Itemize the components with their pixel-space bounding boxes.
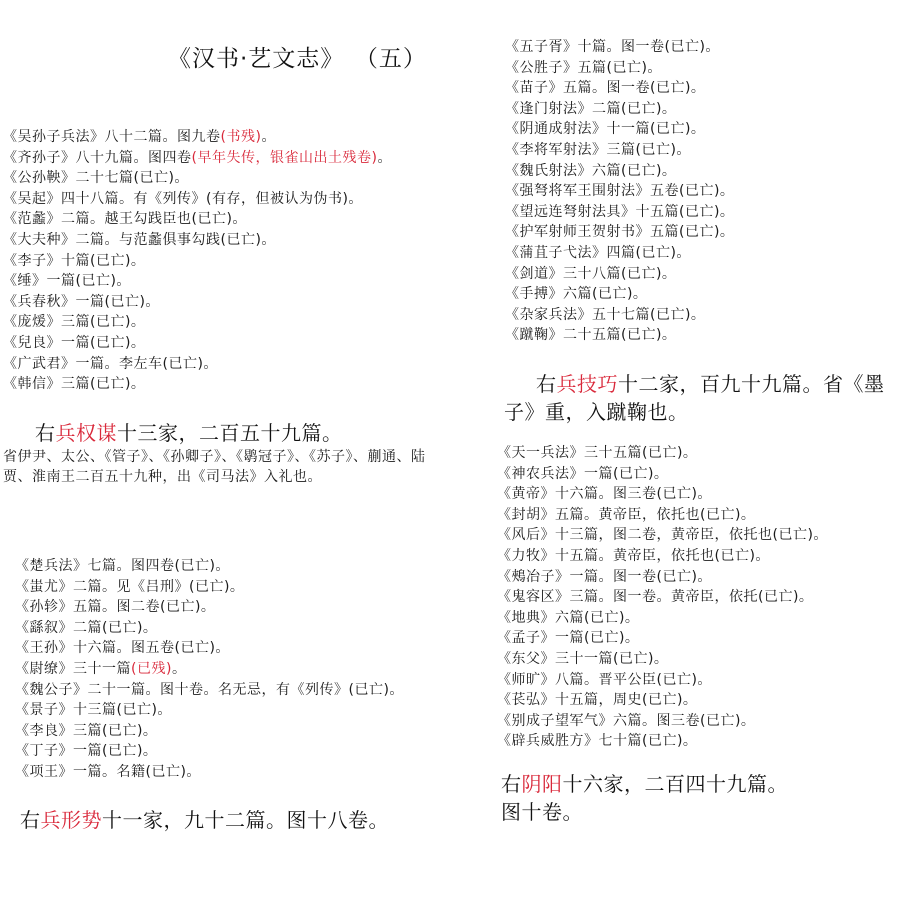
list-item: 《缍》一篇(已亡)。 <box>3 271 392 292</box>
yinyang-summary-line2: 图十卷。 <box>501 798 788 826</box>
title-main: 《汉书·艺文志》 <box>168 46 344 72</box>
list-item: 《兵春秋》一篇(已亡)。 <box>3 292 392 313</box>
list-item: 《东父》三十一篇(已亡)。 <box>497 649 828 670</box>
list-item: 《天一兵法》三十五篇(已亡)。 <box>497 443 828 464</box>
list-item: 《景子》十三篇(已亡)。 <box>15 700 404 721</box>
list-item: 《尉缭》三十一篇(已残)。 <box>15 659 404 680</box>
jiqiao-summary: 右兵技巧十二家，百九十九篇。省《墨子》重，入蹴鞠也。 <box>504 370 894 426</box>
yinyang-summary: 右阴阳十六家，二百四十九篇。 图十卷。 <box>501 770 788 826</box>
list-item: 《广武君》一篇。李左车(已亡)。 <box>3 354 392 375</box>
list-item: 《地典》六篇(已亡)。 <box>497 608 828 629</box>
quanmou-book-list: 《吴孙子兵法》八十二篇。图九卷(书残)。 《齐孙子》八十九篇。图四卷(早年失传，… <box>3 127 392 395</box>
yinyang-book-list: 《天一兵法》三十五篇(已亡)。 《神农兵法》一篇(已亡)。 《黄帝》十六篇。图三… <box>497 443 828 752</box>
list-item: 《蒲苴子弋法》四篇(已亡)。 <box>505 243 734 264</box>
list-item: 《孟子》一篇(已亡)。 <box>497 628 828 649</box>
list-item: 《韩信》三篇(已亡)。 <box>3 374 392 395</box>
list-item: 《吴起》四十八篇。有《列传》(有存，但被认为伪书)。 <box>3 189 392 210</box>
list-item: 《李将军射法》三篇(已亡)。 <box>505 140 734 161</box>
list-item: 《吴孙子兵法》八十二篇。图九卷(书残)。 <box>3 127 392 148</box>
list-item: 《齐孙子》八十九篇。图四卷(早年失传，银雀山出土残卷)。 <box>3 148 392 169</box>
xingshi-summary: 右兵形势十一家，九十二篇。图十八卷。 <box>20 807 389 834</box>
category-name: 阴阳 <box>522 772 563 796</box>
list-item: 《师旷》八篇。晋平公臣(已亡)。 <box>497 670 828 691</box>
list-item: 《苗子》五篇。图一卷(已亡)。 <box>505 78 734 99</box>
list-item: 《繇叙》二篇(已亡)。 <box>15 618 404 639</box>
list-item: 《风后》十三篇，图二卷，黄帝臣，依托也(已亡)。 <box>497 525 828 546</box>
title-volume: （五） <box>366 46 427 72</box>
list-item: 《鬼容区》三篇。图一卷。黄帝臣，依托(已亡)。 <box>497 587 828 608</box>
list-item: 《杂家兵法》五十七篇(已亡)。 <box>505 305 734 326</box>
list-item: 《望远连弩射法具》十五篇(已亡)。 <box>505 202 734 223</box>
list-item: 《别成子望军气》六篇。图三卷(已亡)。 <box>497 711 828 732</box>
list-item: 《手搏》六篇(已亡)。 <box>505 284 734 305</box>
list-item: 《魏公子》二十一篇。图十卷。名无忌，有《列传》(已亡)。 <box>15 680 404 701</box>
list-item: 《力牧》十五篇。黄帝臣，依托也(已亡)。 <box>497 546 828 567</box>
list-item: 《李良》三篇(已亡)。 <box>15 721 404 742</box>
list-item: 《李子》十篇(已亡)。 <box>3 251 392 272</box>
list-item: 《剑道》三十八篇(已亡)。 <box>505 264 734 285</box>
list-item: 《孙轸》五篇。图二卷(已亡)。 <box>15 597 404 618</box>
list-item: 《魏氏射法》六篇(已亡)。 <box>505 161 734 182</box>
document-title: 《汉书·艺文志》（五） <box>168 40 427 73</box>
category-name: 兵权谋 <box>56 421 118 445</box>
quanmou-note: 省伊尹、太公、《管子》、《孙卿子》、《鹖冠子》、《苏子》、蒯通、陆贾、淮南王二百… <box>3 447 453 487</box>
list-item: 《五子胥》十篇。图一卷(已亡)。 <box>505 37 734 58</box>
list-item: 《丁子》一篇(已亡)。 <box>15 741 404 762</box>
list-item: 《大夫种》二篇。与范蠡俱事勾践(已亡)。 <box>3 230 392 251</box>
list-item: 《王孙》十六篇。图五卷(已亡)。 <box>15 638 404 659</box>
list-item: 《强弩将军王围射法》五卷(已亡)。 <box>505 181 734 202</box>
list-item: 《庞煖》三篇(已亡)。 <box>3 312 392 333</box>
list-item: 《神农兵法》一篇(已亡)。 <box>497 464 828 485</box>
quanmou-summary: 右兵权谋十三家，二百五十九篇。 <box>35 420 343 447</box>
category-name: 兵技巧 <box>557 372 619 396</box>
list-item: 《阴通成射法》十一篇(已亡)。 <box>505 119 734 140</box>
red-annotation: (已残) <box>131 661 172 677</box>
list-item: 《逢门射法》二篇(已亡)。 <box>505 99 734 120</box>
category-name: 兵形势 <box>41 808 103 832</box>
jiqiao-book-list: 《五子胥》十篇。图一卷(已亡)。 《公胜子》五篇(已亡)。 《苗子》五篇。图一卷… <box>505 37 734 346</box>
list-item: 《蹴鞠》二十五篇(已亡)。 <box>505 325 734 346</box>
list-item: 《辟兵威胜方》七十篇(已亡)。 <box>497 731 828 752</box>
list-item: 《兒良》一篇(已亡)。 <box>3 333 392 354</box>
list-item: 《护军射师王贺射书》五篇(已亡)。 <box>505 222 734 243</box>
list-item: 《公孙鞅》二十七篇(已亡)。 <box>3 168 392 189</box>
list-item: 《公胜子》五篇(已亡)。 <box>505 58 734 79</box>
xingshi-book-list: 《楚兵法》七篇。图四卷(已亡)。 《蚩尤》二篇。见《吕刑》(已亡)。 《孙轸》五… <box>15 556 404 783</box>
list-item: 《蚩尤》二篇。见《吕刑》(已亡)。 <box>15 577 404 598</box>
list-item: 《项王》一篇。名籍(已亡)。 <box>15 762 404 783</box>
list-item: 《苌弘》十五篇，周史(已亡)。 <box>497 690 828 711</box>
list-item: 《封胡》五篇。黄帝臣，依托也(已亡)。 <box>497 505 828 526</box>
list-item: 《楚兵法》七篇。图四卷(已亡)。 <box>15 556 404 577</box>
list-item: 《黄帝》十六篇。图三卷(已亡)。 <box>497 484 828 505</box>
list-item: 《范蠡》二篇。越王勾践臣也(已亡)。 <box>3 209 392 230</box>
red-annotation: (书残) <box>221 129 262 145</box>
red-annotation: (早年失传，银雀山出土残卷) <box>192 150 378 166</box>
list-item: 《鵊冶子》一篇。图一卷(已亡)。 <box>497 567 828 588</box>
